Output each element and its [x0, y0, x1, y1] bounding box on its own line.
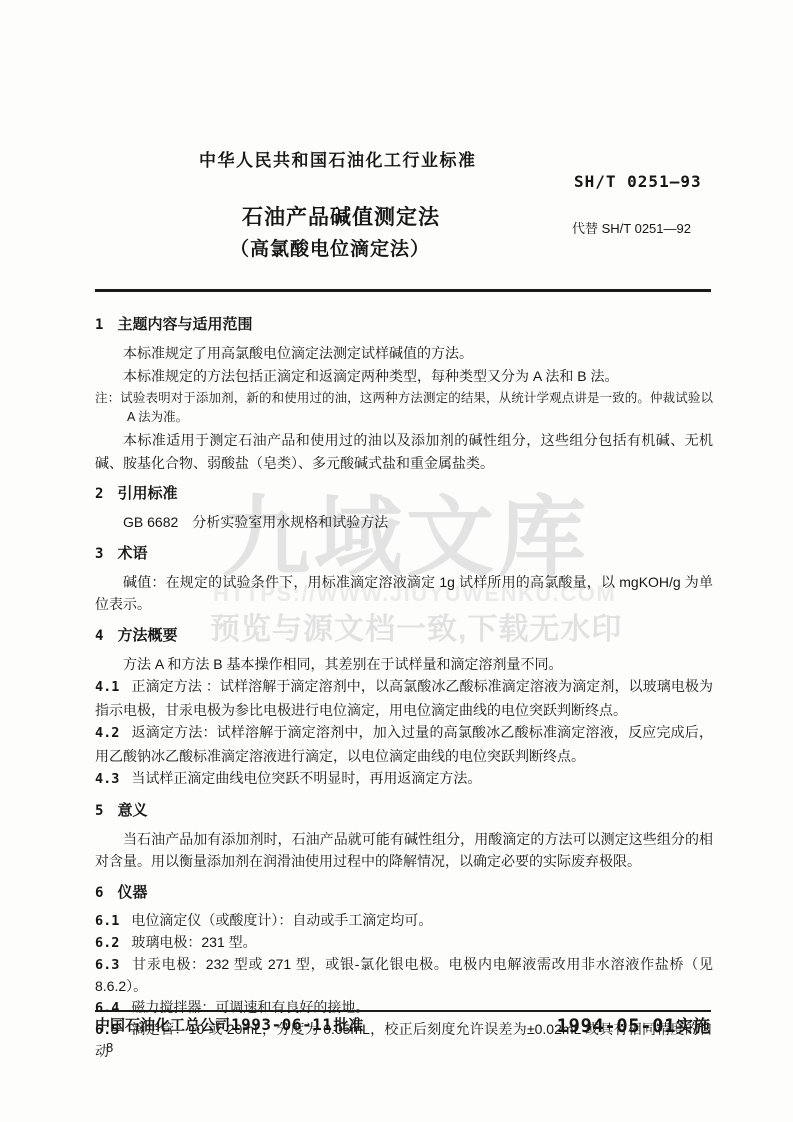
approval-line: 中国石油化工总公司1993-06-11批准: [95, 1014, 363, 1035]
effective-date: 1994-05-01: [557, 1015, 676, 1037]
paragraph: 本标准规定的方法包括正滴定和返滴定两种类型，每种类型又分为 A 法和 B 法。: [95, 365, 713, 388]
approval-org: 中国石油化工总公司: [95, 1014, 230, 1035]
section-number: 3: [95, 546, 103, 562]
header-rule: [95, 289, 711, 292]
approval-date: 1993-06-11: [231, 1015, 332, 1034]
document-body: 1 主题内容与适用范围 本标准规定了用高氯酸电位滴定法测定试样碱值的方法。 本标…: [95, 305, 713, 1062]
section-title: 方法概要: [117, 628, 177, 644]
paragraph: 方法 A 和方法 B 基本操作相同，其差别在于试样量和滴定溶剂量不同。: [95, 653, 713, 676]
numbered-clause: 6.1电位滴定仪（或酸度计）：自动或手工滴定均可。: [95, 910, 713, 932]
section-heading: 1 主题内容与适用范围: [95, 317, 713, 333]
section-title: 引用标准: [117, 486, 177, 502]
document-title: 石油产品碱值测定法: [242, 201, 440, 231]
clause-text: 磁力搅拌器：可调速和有良好的接地。: [131, 999, 369, 1015]
numbered-clause: 6.3甘汞电极：232 型或 271 型，或银-氯化银电极。电极内电解液需改用非…: [95, 954, 713, 997]
section-references: 2 引用标准 GB 6682 分析实验室用水规格和试验方法: [95, 486, 713, 534]
numbered-clause: 6.2玻璃电极：231 型。: [95, 932, 713, 954]
section-title: 主题内容与适用范围: [117, 317, 252, 333]
note-paragraph: 注：试验表明对于添加剂，新的和使用过的油，这两种方法测定的结果，从统计学观点讲是…: [95, 389, 713, 427]
standard-number: SH/T 0251—93: [574, 172, 702, 191]
clause-text: 玻璃电极：231 型。: [131, 934, 256, 950]
section-heading: 3 术语: [95, 546, 713, 562]
section-heading: 6 仪器: [95, 885, 713, 901]
section-number: 2: [95, 486, 103, 502]
section-scope: 1 主题内容与适用范围 本标准规定了用高氯酸电位滴定法测定试样碱值的方法。 本标…: [95, 317, 713, 474]
paragraph: 本标准规定了用高氯酸电位滴定法测定试样碱值的方法。: [95, 342, 713, 365]
paragraph: 碱值：在规定的试验条件下，用标准滴定溶液滴定 1g 试样所用的高氯酸量，以 mg…: [95, 571, 713, 616]
clause-number: 4.1: [95, 679, 119, 695]
section-title: 仪器: [117, 885, 147, 901]
section-number: 5: [95, 803, 103, 819]
section-number: 1: [95, 317, 103, 333]
standard-org-line: 中华人民共和国石油化工行业标准: [199, 146, 477, 171]
clause-text: 返滴定方法：试样溶解于滴定溶剂中，加入过量的高氯酸冰乙酸标准滴定溶液，反应完成后…: [95, 724, 713, 764]
document-subtitle: （高氯酸电位滴定法）: [230, 234, 430, 261]
clause-text: 当试样正滴定曲线电位突跃不明显时，再用返滴定方法。: [131, 770, 481, 786]
clause-number: 4.2: [95, 725, 119, 741]
effective-label: 实施: [676, 1012, 710, 1037]
section-heading: 4 方法概要: [95, 628, 713, 644]
section-heading: 2 引用标准: [95, 486, 713, 502]
clause-text: 电位滴定仪（或酸度计）：自动或手工滴定均可。: [131, 912, 432, 928]
paragraph: 当石油产品加有添加剂时，石油产品就可能有碱性组分，用酸滴定的方法可以测定这些组分…: [95, 828, 713, 873]
section-title: 意义: [117, 803, 147, 819]
numbered-clause: 4.2返滴定方法：试样溶解于滴定溶剂中，加入过量的高氯酸冰乙酸标准滴定溶液，反应…: [95, 721, 713, 767]
section-method-summary: 4 方法概要 方法 A 和方法 B 基本操作相同，其差别在于试样量和滴定溶剂量不…: [95, 628, 713, 791]
clause-number: 6.3: [95, 957, 119, 973]
section-heading: 5 意义: [95, 803, 713, 819]
page-number: 8: [106, 1040, 113, 1055]
numbered-clause: 4.3当试样正滴定曲线电位突跃不明显时，再用返滴定方法。: [95, 767, 713, 791]
section-title: 术语: [117, 546, 147, 562]
clause-text: 甘汞电极：232 型或 271 型，或银-氯化银电极。电极内电解液需改用非水溶液…: [95, 956, 713, 994]
numbered-clause: 4.1正滴定方法 ：试样溶解于滴定溶剂中，以高氯酸冰乙酸标准滴定溶液为滴定剂，以…: [95, 675, 713, 721]
document-page: 九域文库 HTTPS://WWW.JIUYUWENKU.COM 预览与源文档一致…: [0, 0, 793, 1122]
paragraph: 本标准适用于测定石油产品和使用过的油以及添加剂的碱性组分，这些组分包括有机碱、无…: [95, 429, 713, 474]
clause-number: 6.1: [95, 913, 119, 929]
clause-text: 正滴定方法 ：试样溶解于滴定溶剂中，以高氯酸冰乙酸标准滴定溶液为滴定剂，以玻璃电…: [95, 678, 713, 718]
effective-line: 1994-05-01实施: [557, 1012, 710, 1037]
clause-number: 4.3: [95, 771, 119, 787]
clause-number: 6.2: [95, 935, 119, 951]
section-terms: 3 术语 碱值：在规定的试验条件下，用标准滴定溶液滴定 1g 试样所用的高氯酸量…: [95, 546, 713, 616]
section-number: 6: [95, 885, 103, 901]
supersedes-note: 代替 SH/T 0251—92: [572, 218, 691, 237]
section-significance: 5 意义 当石油产品加有添加剂时，石油产品就可能有碱性组分，用酸滴定的方法可以测…: [95, 803, 713, 873]
approval-label: 批准: [333, 1014, 363, 1035]
section-number: 4: [95, 628, 103, 644]
reference-entry: GB 6682 分析实验室用水规格和试验方法: [95, 511, 713, 534]
